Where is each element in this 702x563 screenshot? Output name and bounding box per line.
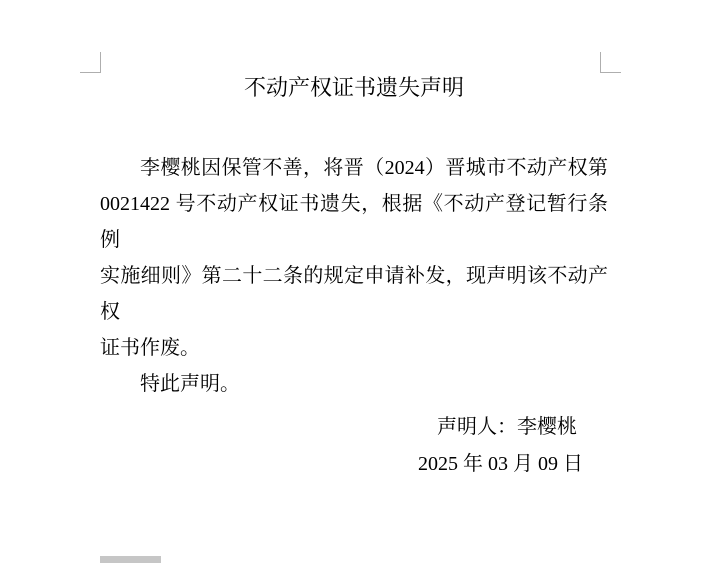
body-line-closing: 特此声明。 (100, 366, 608, 402)
crop-mark-top-right-vertical (600, 52, 601, 73)
document-page: { "page": { "background_color": "#ffffff… (0, 0, 702, 563)
bottom-partial-bar (100, 556, 161, 563)
document-title: 不动产权证书遗失声明 (100, 74, 608, 102)
crop-mark-top-right-horizontal (600, 72, 621, 73)
document-body: 李樱桃因保管不善，将晋（2024）晋城市不动产权第 0021422 号不动产权证… (100, 150, 608, 402)
body-line: 0021422 号不动产权证书遗失，根据《不动产登记暂行条例 (100, 186, 608, 258)
body-line: 实施细则》第二十二条的规定申请补发，现声明该不动产权 (100, 258, 608, 330)
crop-mark-top-left-horizontal (80, 72, 101, 73)
body-line: 证书作废。 (100, 330, 608, 366)
declaration-date: 2025 年 03 月 09 日 (100, 446, 608, 483)
declarant-signature: 声明人：李樱桃 (100, 409, 608, 446)
body-line: 李樱桃因保管不善，将晋（2024）晋城市不动产权第 (100, 150, 608, 186)
signature-block: 声明人：李樱桃 2025 年 03 月 09 日 (100, 409, 608, 483)
crop-mark-top-left-vertical (100, 52, 101, 73)
